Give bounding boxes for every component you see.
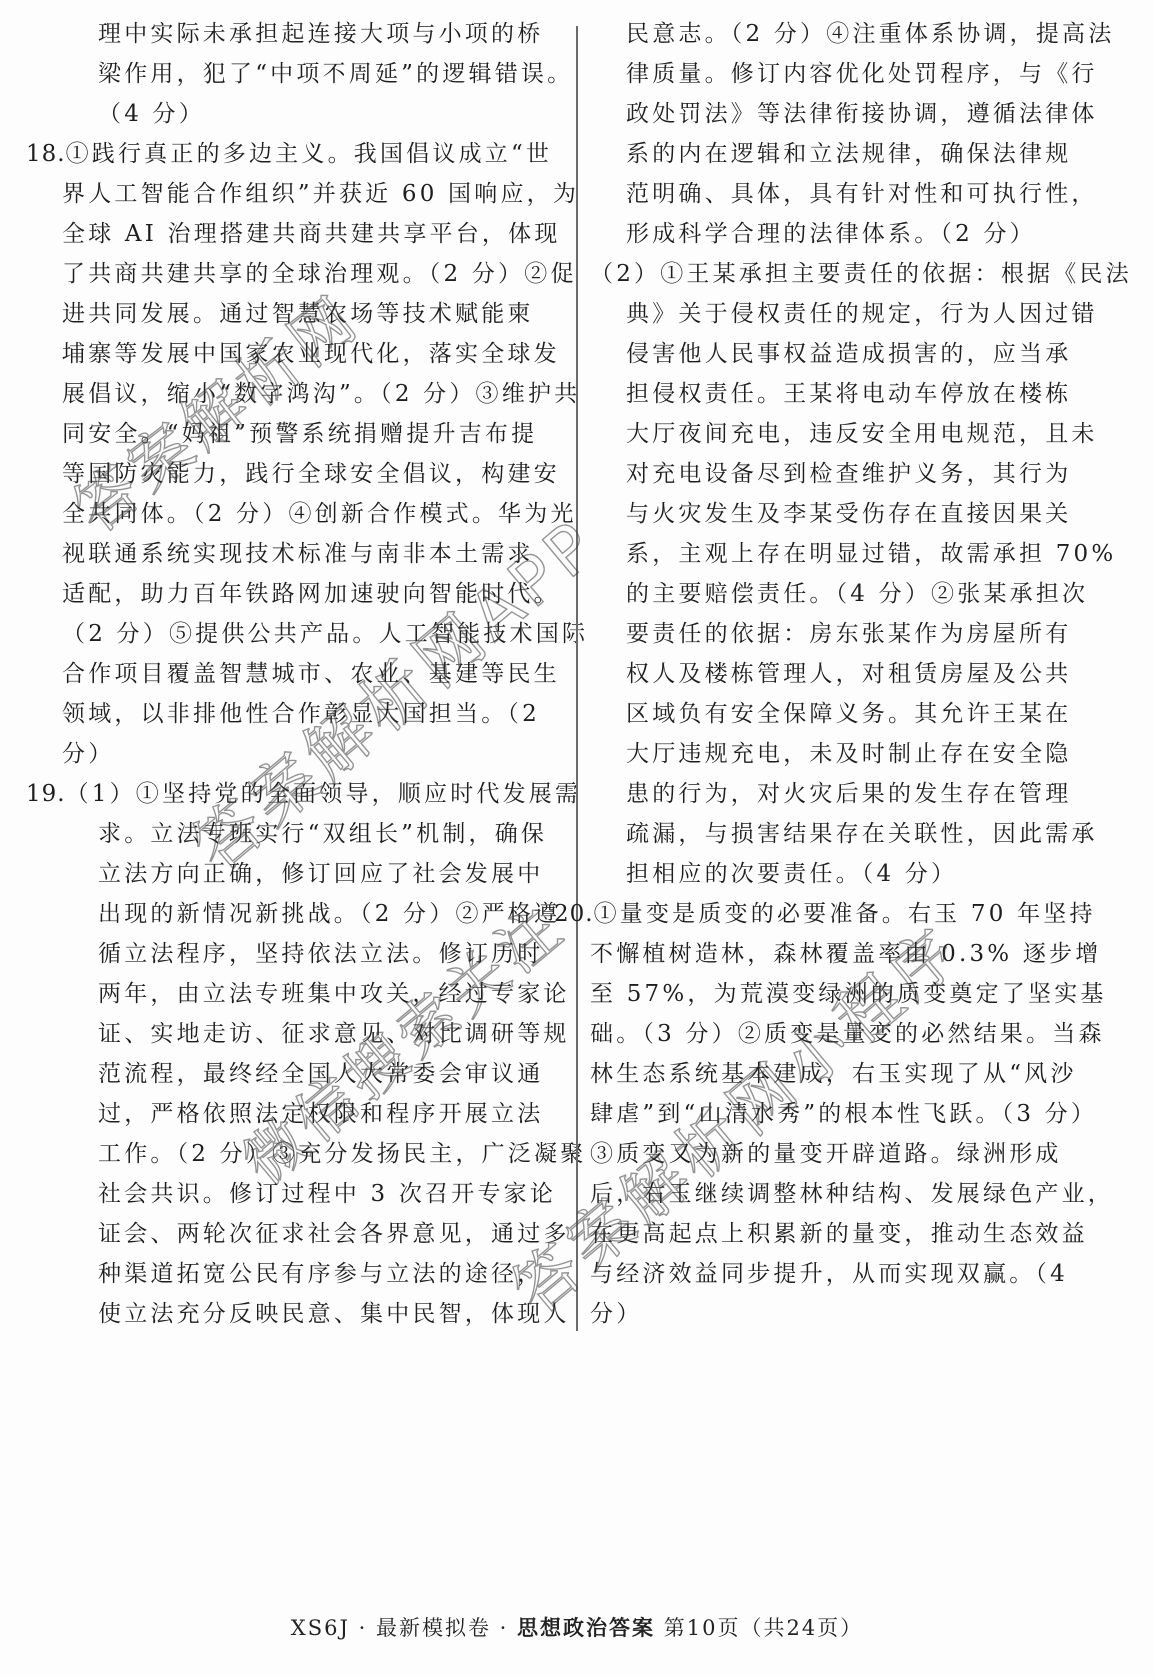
- text-line: 不懈植树造林，森林覆盖率由 0.3% 逐步增: [590, 934, 1130, 974]
- right-column: 民意志。（2 分）④注重体系协调，提高法 律质量。修订内容优化处罚程序，与《行 …: [590, 14, 1130, 1334]
- line-text: 埔寨等发展中国家农业现代化，落实全球发: [62, 341, 560, 367]
- text-line: 至 57%，为荒漠变绿洲的质变奠定了坚实基: [590, 974, 1130, 1014]
- line-text: 全球 AI 治理搭建共商共建共享平台，体现: [62, 221, 561, 247]
- text-line: 林生态系统基本建成，右玉实现了从“风沙: [590, 1054, 1130, 1094]
- line-text: 种渠道拓宽公民有序参与立法的途径，: [98, 1261, 543, 1287]
- text-line: 合作项目覆盖智慧城市、农业、基建等民生: [26, 654, 556, 694]
- line-text: （4 分）: [98, 101, 205, 127]
- text-line: 与火灾发生及李某受伤存在直接因果关: [590, 494, 1130, 534]
- line-text: 出现的新情况新挑战。（2 分）②严格遵: [98, 901, 560, 927]
- text-line: 患的行为，对火灾后果的发生存在管理: [590, 774, 1130, 814]
- text-line: 进共同发展。通过智慧农场等技术赋能柬: [26, 294, 556, 334]
- text-line: 社会共识。修订过程中 3 次召开专家论: [26, 1174, 556, 1214]
- footer-separator: ·: [359, 1616, 368, 1640]
- text-line: 大厅夜间充电，违反安全用电规范，且未: [590, 414, 1130, 454]
- line-text: 要责任的依据：房东张某作为房屋所有: [626, 621, 1071, 647]
- text-line: 梁作用，犯了“中项不周延”的逻辑错误。: [26, 54, 556, 94]
- text-line: 础。（3 分）②质变是量变的必然结果。当森: [590, 1014, 1130, 1054]
- line-text: 在更高起点上积累新的量变，推动生态效益: [590, 1221, 1088, 1247]
- text-line: 证、实地走访、征求意见、对比调研等规: [26, 1014, 556, 1054]
- line-text: 大厅夜间充电，违反安全用电规范，且未: [626, 421, 1098, 447]
- text-line: 等国防灾能力，践行全球安全倡议，构建安: [26, 454, 556, 494]
- line-text: 分）: [62, 741, 114, 767]
- text-line: 分）: [590, 1294, 1130, 1334]
- line-text: 权人及楼栋管理人，对租赁房屋及公共: [626, 661, 1071, 687]
- text-line: 政处罚法》等法律衔接协调，遵循法律体: [590, 94, 1130, 134]
- line-text: 至 57%，为荒漠变绿洲的质变奠定了坚实基: [590, 981, 1107, 1007]
- line-text: 系，主观上存在明显过错，故需承担 70%: [626, 541, 1116, 567]
- line-text: ①践行真正的多边主义。我国倡议成立“世: [66, 141, 553, 167]
- text-line: 系的内在逻辑和立法规律，确保法律规: [590, 134, 1130, 174]
- question-number: 19.: [26, 774, 66, 814]
- text-line: 两年，由立法专班集中攻关，经过专家论: [26, 974, 556, 1014]
- text-line: 种渠道拓宽公民有序参与立法的途径，: [26, 1254, 556, 1294]
- text-line: 埔寨等发展中国家农业现代化，落实全球发: [26, 334, 556, 374]
- text-line: 与经济效益同步提升，从而实现双赢。（4: [590, 1254, 1130, 1294]
- line-text: 合作项目覆盖智慧城市、农业、基建等民生: [62, 661, 560, 687]
- text-line: 同安全。“妈祖”预警系统捐赠提升吉布提: [26, 414, 556, 454]
- text-line: 系，主观上存在明显过错，故需承担 70%: [590, 534, 1130, 574]
- text-line: 律质量。修订内容优化处罚程序，与《行: [590, 54, 1130, 94]
- text-line: 担侵权责任。王某将电动车停放在楼栋: [590, 374, 1130, 414]
- text-line: 侵害他人民事权益造成损害的，应当承: [590, 334, 1130, 374]
- line-text: 视联通系统实现技术标准与南非本土需求: [62, 541, 534, 567]
- line-text: 范明确、具体，具有针对性和可执行性，: [626, 181, 1098, 207]
- line-text: 全共同体。（2 分）④创新合作模式。华为光: [62, 501, 577, 527]
- text-line: 界人工智能合作组织”并获近 60 国响应，为: [26, 174, 556, 214]
- line-text: 进共同发展。通过智慧农场等技术赋能柬: [62, 301, 534, 327]
- question-20-start: 20.①量变是质变的必要准备。右玉 70 年坚持: [554, 894, 1130, 934]
- text-line: 区域负有安全保障义务。其允许王某在: [590, 694, 1130, 734]
- text-line: 适配，助力百年铁路网加速驶向智能时代。: [26, 574, 556, 614]
- text-line: 后，右玉继续调整林种结构、发展绿色产业，: [590, 1174, 1130, 1214]
- line-text: 立法方向正确，修订回应了社会发展中: [98, 861, 543, 887]
- text-line: ③质变又为新的量变开辟道路。绿洲形成: [590, 1134, 1130, 1174]
- line-text: 担相应的次要责任。（4 分）: [626, 861, 957, 887]
- line-text: 证会、两轮次征求社会各界意见，通过多: [98, 1221, 570, 1247]
- line-text: 证、实地走访、征求意见、对比调研等规: [98, 1021, 570, 1047]
- text-line: 肆虐”到“山清水秀”的根本性飞跃。（3 分）: [590, 1094, 1130, 1134]
- text-line: 大厅违规充电，未及时制止存在安全隐: [590, 734, 1130, 774]
- line-text: 使立法充分反映民意、集中民智，体现人: [98, 1301, 570, 1327]
- column-divider: [576, 26, 578, 1331]
- text-line: 证会、两轮次征求社会各界意见，通过多: [26, 1214, 556, 1254]
- line-text: 民意志。（2 分）④注重体系协调，提高法: [626, 21, 1114, 47]
- line-text: 肆虐”到“山清水秀”的根本性飞跃。（3 分）: [590, 1101, 1097, 1127]
- text-line: 循立法程序，坚持依法立法。修订历时: [26, 934, 556, 974]
- exam-answer-page: 理中实际未承担起连接大项与小项的桥 梁作用，犯了“中项不周延”的逻辑错误。 （4…: [0, 0, 1154, 1675]
- footer-series: 最新模拟卷: [376, 1616, 491, 1640]
- line-text: 政处罚法》等法律衔接协调，遵循法律体: [626, 101, 1098, 127]
- text-line: 范明确、具体，具有针对性和可执行性，: [590, 174, 1130, 214]
- line-text: 领域，以非排他性合作彰显大国担当。（2: [62, 701, 540, 727]
- text-line: （2 分）⑤提供公共产品。人工智能技术国际: [26, 614, 556, 654]
- question-18-start: 18.①践行真正的多边主义。我国倡议成立“世: [26, 134, 556, 174]
- line-text: 典》关于侵权责任的规定，行为人因过错: [626, 301, 1098, 327]
- line-text: 界人工智能合作组织”并获近 60 国响应，为: [62, 181, 579, 207]
- line-text: 适配，助力百年铁路网加速驶向智能时代。: [62, 581, 560, 607]
- line-text: 系的内在逻辑和立法规律，确保法律规: [626, 141, 1071, 167]
- question-number: 20.: [554, 894, 594, 934]
- line-text: 形成科学合理的法律体系。（2 分）: [626, 221, 1036, 247]
- left-column: 理中实际未承担起连接大项与小项的桥 梁作用，犯了“中项不周延”的逻辑错误。 （4…: [26, 14, 556, 1334]
- line-text: 林生态系统基本建成，右玉实现了从“风沙: [590, 1061, 1077, 1087]
- line-text: 与经济效益同步提升，从而实现双赢。（4: [590, 1261, 1068, 1287]
- line-text: 过，严格依照法定权限和程序开展立法: [98, 1101, 543, 1127]
- line-text: （2 分）⑤提供公共产品。人工智能技术国际: [62, 621, 588, 647]
- line-text: 区域负有安全保障义务。其允许王某在: [626, 701, 1071, 727]
- line-text: 律质量。修订内容优化处罚程序，与《行: [626, 61, 1098, 87]
- line-text: 患的行为，对火灾后果的发生存在管理: [626, 781, 1071, 807]
- text-line: 权人及楼栋管理人，对租赁房屋及公共: [590, 654, 1130, 694]
- text-line: 担相应的次要责任。（4 分）: [590, 854, 1130, 894]
- text-line: 疏漏，与损害结果存在关联性，因此需承: [590, 814, 1130, 854]
- line-text: 循立法程序，坚持依法立法。修订历时: [98, 941, 543, 967]
- text-line: 过，严格依照法定权限和程序开展立法: [26, 1094, 556, 1134]
- text-line: 的主要赔偿责任。（4 分）②张某承担次: [590, 574, 1130, 614]
- line-text: 同安全。“妈祖”预警系统捐赠提升吉布提: [62, 421, 537, 447]
- line-text: 求。立法专班实行“双组长”机制，确保: [98, 821, 547, 847]
- footer-code: XS6J: [291, 1616, 350, 1640]
- line-text: 侵害他人民事权益造成损害的，应当承: [626, 341, 1071, 367]
- text-line: 典》关于侵权责任的规定，行为人因过错: [590, 294, 1130, 334]
- line-text: 不懈植树造林，森林覆盖率由 0.3% 逐步增: [590, 941, 1101, 967]
- text-line: 对充电设备尽到检查维护义务，其行为: [590, 454, 1130, 494]
- text-line: （4 分）: [26, 94, 556, 134]
- line-text: 等国防灾能力，践行全球安全倡议，构建安: [62, 461, 560, 487]
- line-text: 与火灾发生及李某受伤存在直接因果关: [626, 501, 1071, 527]
- text-line: 使立法充分反映民意、集中民智，体现人: [26, 1294, 556, 1334]
- text-line: 形成科学合理的法律体系。（2 分）: [590, 214, 1130, 254]
- line-text: （1）①坚持党的全面领导，顺应时代发展需: [66, 781, 582, 807]
- text-line: 民意志。（2 分）④注重体系协调，提高法: [590, 14, 1130, 54]
- line-text: （2）①王某承担主要责任的依据：根据《民法: [590, 261, 1132, 287]
- question-number: 18.: [26, 134, 66, 174]
- page-footer: XS6J · 最新模拟卷 · 思想政治答案 第10页（共24页）: [0, 1612, 1154, 1642]
- text-line: 立法方向正确，修订回应了社会发展中: [26, 854, 556, 894]
- line-text: 展倡议，缩小“数字鸿沟”。（2 分）③维护共: [62, 381, 580, 407]
- line-text: 范流程，最终经全国人大常委会审议通: [98, 1061, 543, 1087]
- line-text: ③质变又为新的量变开辟道路。绿洲形成: [590, 1141, 1062, 1167]
- line-text: 理中实际未承担起连接大项与小项的桥: [98, 21, 543, 47]
- line-text: 的主要赔偿责任。（4 分）②张某承担次: [626, 581, 1088, 607]
- text-line: 工作。（2 分）③充分发扬民主，广泛凝聚: [26, 1134, 556, 1174]
- line-text: 疏漏，与损害结果存在关联性，因此需承: [626, 821, 1098, 847]
- line-text: 后，右玉继续调整林种结构、发展绿色产业，: [590, 1181, 1114, 1207]
- line-text: 工作。（2 分）③充分发扬民主，广泛凝聚: [98, 1141, 586, 1167]
- footer-separator: ·: [500, 1616, 509, 1640]
- text-line: 了共商共建共享的全球治理观。（2 分）②促: [26, 254, 556, 294]
- line-text: 大厅违规充电，未及时制止存在安全隐: [626, 741, 1071, 767]
- line-text: ①量变是质变的必要准备。右玉 70 年坚持: [594, 901, 1096, 927]
- footer-page-info: 第10页（共24页）: [664, 1616, 863, 1640]
- text-line: 展倡议，缩小“数字鸿沟”。（2 分）③维护共: [26, 374, 556, 414]
- text-line: 范流程，最终经全国人大常委会审议通: [26, 1054, 556, 1094]
- question-19-part-2-start: （2）①王某承担主要责任的依据：根据《民法: [590, 254, 1130, 294]
- text-line: 理中实际未承担起连接大项与小项的桥: [26, 14, 556, 54]
- text-line: 视联通系统实现技术标准与南非本土需求: [26, 534, 556, 574]
- text-line: 求。立法专班实行“双组长”机制，确保: [26, 814, 556, 854]
- line-text: 了共商共建共享的全球治理观。（2 分）②促: [62, 261, 577, 287]
- footer-subject: 思想政治答案: [517, 1616, 655, 1640]
- text-line: 在更高起点上积累新的量变，推动生态效益: [590, 1214, 1130, 1254]
- question-19-start: 19.（1）①坚持党的全面领导，顺应时代发展需: [26, 774, 556, 814]
- line-text: 担侵权责任。王某将电动车停放在楼栋: [626, 381, 1071, 407]
- line-text: 社会共识。修订过程中 3 次召开专家论: [98, 1181, 556, 1207]
- line-text: 梁作用，犯了“中项不周延”的逻辑错误。: [98, 61, 573, 87]
- line-text: 础。（3 分）②质变是量变的必然结果。当森: [590, 1021, 1105, 1047]
- line-text: 两年，由立法专班集中攻关，经过专家论: [98, 981, 570, 1007]
- text-line: 领域，以非排他性合作彰显大国担当。（2: [26, 694, 556, 734]
- text-line: 分）: [26, 734, 556, 774]
- text-line: 要责任的依据：房东张某作为房屋所有: [590, 614, 1130, 654]
- text-line: 全球 AI 治理搭建共商共建共享平台，体现: [26, 214, 556, 254]
- line-text: 对充电设备尽到检查维护义务，其行为: [626, 461, 1071, 487]
- line-text: 分）: [590, 1301, 642, 1327]
- text-line: 全共同体。（2 分）④创新合作模式。华为光: [26, 494, 556, 534]
- text-line: 出现的新情况新挑战。（2 分）②严格遵: [26, 894, 556, 934]
